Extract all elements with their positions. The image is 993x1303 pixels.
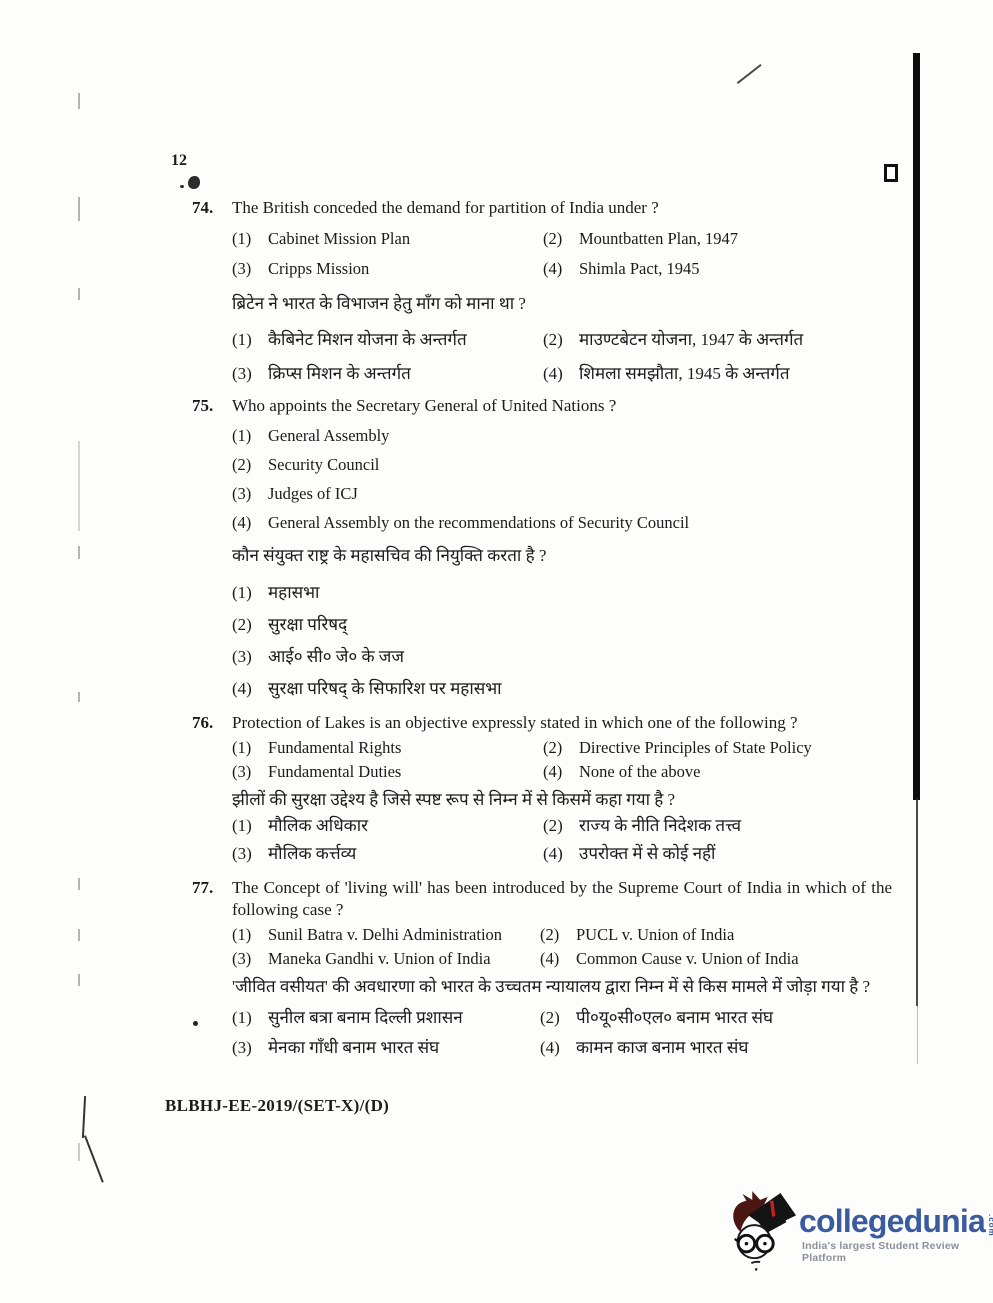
- option-text: पी०यू०सी०एल० बनाम भारत संघ: [576, 1005, 892, 1031]
- paper-code: BLBHJ-EE-2019/(SET-X)/(D): [165, 1096, 389, 1116]
- option-text: मौलिक अधिकार: [268, 813, 543, 839]
- option-label: (2): [543, 813, 579, 839]
- option-label: (4): [543, 259, 579, 279]
- ink-blot-artifact: [188, 176, 200, 189]
- option-label: (1): [232, 813, 268, 839]
- scan-edge-bar: [913, 53, 920, 800]
- option-label: (4): [232, 676, 268, 702]
- question-text-en: The British conceded the demand for part…: [232, 197, 892, 219]
- question-text-hi: झीलों की सुरक्षा उद्देश्य है जिसे स्पष्ट…: [232, 787, 892, 813]
- option-1: (1) General Assembly: [232, 426, 892, 446]
- option-3-hi: (3) आई० सी० जे० के जज: [232, 644, 892, 670]
- option-label: (4): [540, 949, 576, 969]
- question-number: 74.: [192, 197, 232, 219]
- option-label: (2): [543, 229, 579, 249]
- option-label: (3): [232, 644, 268, 670]
- margin-square-mark: [884, 164, 898, 182]
- corner-fold-line: [82, 1096, 86, 1138]
- option-text: Judges of ICJ: [268, 484, 892, 504]
- option-label: (1): [232, 426, 268, 446]
- option-label: (1): [232, 1005, 268, 1031]
- option-label: (3): [232, 949, 268, 969]
- option-4-hi: (4) उपरोक्त में से कोई नहीं: [543, 841, 892, 867]
- binding-mark: [78, 93, 80, 109]
- option-text: Mountbatten Plan, 1947: [579, 229, 892, 249]
- binding-mark: [78, 441, 80, 531]
- question-74: 74. The British conceded the demand for …: [192, 197, 892, 387]
- option-label: (4): [543, 762, 579, 782]
- option-text: Security Council: [268, 455, 892, 475]
- question-text-hi: ब्रिटेन ने भारत के विभाजन हेतु माँग को म…: [232, 291, 892, 317]
- option-label: (1): [232, 580, 268, 606]
- option-2: (2) Security Council: [232, 455, 892, 475]
- brand-name: collegedunia: [799, 1205, 985, 1237]
- option-4-hi: (4) कामन काज बनाम भारत संघ: [540, 1035, 892, 1061]
- option-text: General Assembly: [268, 426, 892, 446]
- scanned-exam-page: 12 74. The British conceded the demand f…: [0, 0, 993, 1303]
- option-label: (2): [543, 738, 579, 758]
- option-label: (3): [232, 361, 268, 387]
- option-label: (3): [232, 259, 268, 279]
- corner-fold-line: [84, 1135, 104, 1182]
- option-2-hi: (2) पी०यू०सी०एल० बनाम भारत संघ: [540, 1005, 892, 1031]
- option-label: (2): [232, 455, 268, 475]
- option-text: शिमला समझौता, 1945 के अन्तर्गत: [579, 361, 892, 387]
- option-2: (2) Directive Principles of State Policy: [543, 738, 892, 758]
- brand-tld: .com: [987, 1214, 993, 1237]
- option-text: सुरक्षा परिषद्: [268, 612, 892, 638]
- option-4-hi: (4) सुरक्षा परिषद् के सिफारिश पर महासभा: [232, 676, 892, 702]
- brand-tagline: India's largest Student Review Platform: [802, 1240, 993, 1264]
- graduate-student-mascot-icon: [727, 1189, 797, 1271]
- option-4: (4) Shimla Pact, 1945: [543, 259, 892, 279]
- option-text: Cripps Mission: [268, 259, 543, 279]
- option-label: (3): [232, 484, 268, 504]
- question-text-en: Who appoints the Secretary General of Un…: [232, 395, 892, 417]
- option-label: (4): [232, 513, 268, 533]
- binding-mark: [78, 974, 80, 986]
- option-label: (1): [232, 327, 268, 353]
- option-text: क्रिप्स मिशन के अन्तर्गत: [268, 361, 543, 387]
- question-number: 77.: [192, 877, 232, 899]
- scan-edge-line-faint: [917, 1004, 918, 1064]
- option-label: (4): [543, 841, 579, 867]
- option-label: (1): [232, 229, 268, 249]
- option-label: (4): [540, 1035, 576, 1061]
- question-text-hi: 'जीवित वसीयत' की अवधारणा को भारत के उच्च…: [232, 975, 892, 999]
- option-3: (3) Cripps Mission: [232, 259, 543, 279]
- option-4-hi: (4) शिमला समझौता, 1945 के अन्तर्गत: [543, 361, 892, 387]
- option-text: Sunil Batra v. Delhi Administration: [268, 925, 540, 945]
- option-label: (2): [540, 925, 576, 945]
- option-label: (2): [543, 327, 579, 353]
- option-1: (1) Sunil Batra v. Delhi Administration: [232, 925, 540, 945]
- option-3: (3) Judges of ICJ: [232, 484, 892, 504]
- binding-mark: [78, 878, 80, 890]
- option-1-hi: (1) सुनील बत्रा बनाम दिल्ली प्रशासन: [232, 1005, 540, 1031]
- question-number: 76.: [192, 712, 232, 734]
- logo-text-block: collegedunia .com India's largest Studen…: [799, 1205, 993, 1264]
- option-label: (3): [232, 762, 268, 782]
- question-75: 75. Who appoints the Secretary General o…: [192, 395, 892, 702]
- option-4: (4) General Assembly on the recommendati…: [232, 513, 892, 533]
- option-text: Fundamental Duties: [268, 762, 543, 782]
- option-4: (4) None of the above: [543, 762, 892, 782]
- option-text: आई० सी० जे० के जज: [268, 644, 892, 670]
- option-2-hi: (2) सुरक्षा परिषद्: [232, 612, 892, 638]
- option-text: मेनका गाँधी बनाम भारत संघ: [268, 1035, 540, 1061]
- option-label: (3): [232, 1035, 268, 1061]
- option-2-hi: (2) माउण्टबेटन योजना, 1947 के अन्तर्गत: [543, 327, 892, 353]
- option-text: उपरोक्त में से कोई नहीं: [579, 841, 892, 867]
- option-text: Fundamental Rights: [268, 738, 543, 758]
- scan-edge-line: [916, 798, 918, 1006]
- option-1: (1) Cabinet Mission Plan: [232, 229, 543, 249]
- option-text: PUCL v. Union of India: [576, 925, 892, 945]
- option-3-hi: (3) मौलिक कर्त्तव्य: [232, 841, 543, 867]
- option-label: (2): [232, 612, 268, 638]
- option-1: (1) Fundamental Rights: [232, 738, 543, 758]
- option-text: None of the above: [579, 762, 892, 782]
- option-1-hi: (1) महासभा: [232, 580, 892, 606]
- option-text: सुरक्षा परिषद् के सिफारिश पर महासभा: [268, 676, 892, 702]
- question-text-hi: कौन संयुक्त राष्ट्र के महासचिव की नियुक्…: [232, 543, 892, 569]
- pen-slash-mark: [737, 64, 762, 84]
- option-text: माउण्टबेटन योजना, 1947 के अन्तर्गत: [579, 327, 892, 353]
- option-text: Common Cause v. Union of India: [576, 949, 892, 969]
- binding-mark: [78, 1143, 80, 1161]
- option-text: कैबिनेट मिशन योजना के अन्तर्गत: [268, 327, 543, 353]
- option-4: (4) Common Cause v. Union of India: [540, 949, 892, 969]
- option-text: राज्य के नीति निदेशक तत्त्व: [579, 813, 892, 839]
- question-number: 75.: [192, 395, 232, 417]
- option-label: (1): [232, 925, 268, 945]
- option-text: Cabinet Mission Plan: [268, 229, 543, 249]
- option-1-hi: (1) कैबिनेट मिशन योजना के अन्तर्गत: [232, 327, 543, 353]
- binding-mark: [78, 197, 80, 221]
- binding-mark: [78, 546, 80, 559]
- option-2: (2) Mountbatten Plan, 1947: [543, 229, 892, 249]
- option-text: कामन काज बनाम भारत संघ: [576, 1035, 892, 1061]
- option-text: Directive Principles of State Policy: [579, 738, 892, 758]
- option-label: (1): [232, 738, 268, 758]
- option-label: (3): [232, 841, 268, 867]
- option-3-hi: (3) क्रिप्स मिशन के अन्तर्गत: [232, 361, 543, 387]
- question-76: 76. Protection of Lakes is an objective …: [192, 712, 892, 867]
- option-text: Shimla Pact, 1945: [579, 259, 892, 279]
- option-text: सुनील बत्रा बनाम दिल्ली प्रशासन: [268, 1005, 540, 1031]
- binding-mark: [78, 288, 80, 300]
- option-text: Maneka Gandhi v. Union of India: [268, 949, 540, 969]
- collegedunia-logo: collegedunia .com India's largest Studen…: [727, 1189, 993, 1271]
- question-77: 77. The Concept of 'living will' has bee…: [192, 877, 892, 1061]
- binding-mark: [78, 692, 80, 702]
- option-2-hi: (2) राज्य के नीति निदेशक तत्त्व: [543, 813, 892, 839]
- question-text-en: The Concept of 'living will' has been in…: [232, 877, 892, 921]
- option-text: मौलिक कर्त्तव्य: [268, 841, 543, 867]
- page-number: 12: [171, 152, 187, 170]
- option-text: महासभा: [268, 580, 892, 606]
- question-text-en: Protection of Lakes is an objective expr…: [232, 712, 892, 734]
- option-label: (2): [540, 1005, 576, 1031]
- option-3: (3) Fundamental Duties: [232, 762, 543, 782]
- option-3-hi: (3) मेनका गाँधी बनाम भारत संघ: [232, 1035, 540, 1061]
- option-1-hi: (1) मौलिक अधिकार: [232, 813, 543, 839]
- option-label: (4): [543, 361, 579, 387]
- option-text: General Assembly on the recommendations …: [268, 513, 892, 533]
- binding-mark: [78, 929, 80, 941]
- option-3: (3) Maneka Gandhi v. Union of India: [232, 949, 540, 969]
- option-2: (2) PUCL v. Union of India: [540, 925, 892, 945]
